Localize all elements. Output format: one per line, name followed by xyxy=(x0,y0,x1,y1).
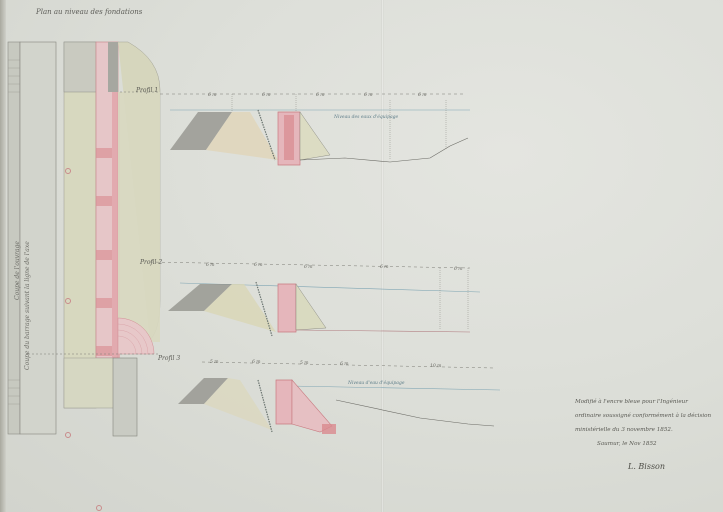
survey-mark xyxy=(65,432,71,438)
svg-text:Profil 3: Profil 3 xyxy=(157,355,180,362)
survey-mark xyxy=(65,168,71,174)
engineer-signature: L. Bisson xyxy=(628,462,665,471)
svg-text:Niveau d'eau d'équipage: Niveau d'eau d'équipage xyxy=(347,379,405,386)
survey-mark xyxy=(96,505,102,511)
svg-text:5 m: 5 m xyxy=(300,360,309,366)
note-line-1: Modifié à l'encre bleue pour l'Ingénieur xyxy=(575,395,723,409)
plan-vertical-note-2: Coupe du barrage suivant la ligne de l'a… xyxy=(24,241,31,370)
profile-1: Profil 1 6 m 6 m 6 m 6 m 6 m Niveau des … xyxy=(135,87,470,165)
profile-3: Profil 3 5 m 6 m 5 m 6 m 10 m Niveau d'e… xyxy=(157,355,500,434)
svg-text:6 m: 6 m xyxy=(262,92,271,98)
svg-text:Profil 1: Profil 1 xyxy=(135,87,158,94)
svg-text:6 m: 6 m xyxy=(364,92,373,98)
note-line-2: ordinaire soussigné conformément à la dé… xyxy=(575,409,723,423)
svg-text:Profil 2: Profil 2 xyxy=(139,259,162,266)
plan-vertical-note-1: Coupe de l'ouvrage xyxy=(14,241,21,300)
svg-text:6 m: 6 m xyxy=(252,359,261,365)
svg-text:6 m: 6 m xyxy=(316,92,325,98)
plan-view xyxy=(8,42,160,436)
svg-text:Niveau des eaux d'équipage: Niveau des eaux d'équipage xyxy=(333,113,399,120)
svg-text:6 m: 6 m xyxy=(454,266,463,272)
svg-text:10 m: 10 m xyxy=(430,363,441,369)
svg-text:6 m: 6 m xyxy=(418,92,427,98)
svg-text:6 m: 6 m xyxy=(206,262,215,268)
survey-mark xyxy=(65,298,71,304)
svg-text:6 m: 6 m xyxy=(304,264,313,270)
svg-text:6 m: 6 m xyxy=(340,361,349,367)
note-place-date: Saumur, le Nov 1852 xyxy=(575,437,723,451)
svg-text:6 m: 6 m xyxy=(380,264,389,270)
svg-text:6 m: 6 m xyxy=(254,262,263,268)
profile-2: Profil 2 6 m 6 m 6 m 6 m 6 m xyxy=(139,259,480,336)
drawing-sheet: Plan au niveau des fondations xyxy=(0,0,723,512)
note-line-3: ministérielle du 3 novembre 1852. xyxy=(575,423,723,437)
svg-text:6 m: 6 m xyxy=(208,92,217,98)
modification-note: Modifié à l'encre bleue pour l'Ingénieur… xyxy=(575,395,723,451)
svg-text:5 m: 5 m xyxy=(210,359,219,365)
